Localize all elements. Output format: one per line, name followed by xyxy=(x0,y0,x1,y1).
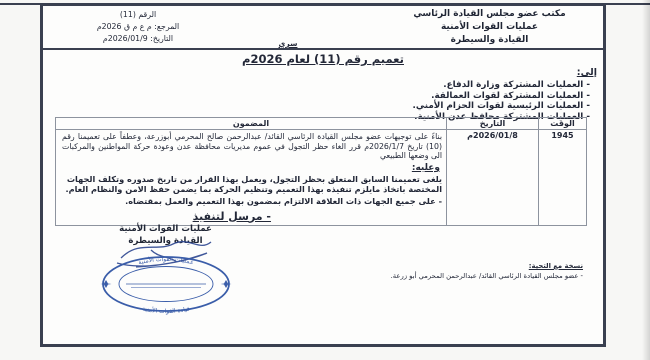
stamp-bottom-text: قيادة القوات الأمنية xyxy=(142,305,191,315)
content-paragraph-2: يلغى تعميمنا السابق المتعلق بحظر التجول،… xyxy=(62,174,442,195)
cc-item: - عضو مجلس القيادة الرئاسي القائد/ عبدال… xyxy=(391,272,583,282)
document-number: الرقم (11) xyxy=(53,9,223,21)
document-reference: المرجع: م ع م ق 2026م xyxy=(53,21,223,33)
content-paragraph-1: بناءً على توجيهات عضو مجلس القيادة الرئا… xyxy=(62,132,442,161)
circular-table: الوقت التاريخ المضمون 1945 2026/01/8م بن… xyxy=(55,117,587,226)
date-column-header: التاريخ xyxy=(447,118,539,130)
time-column-header: الوقت xyxy=(539,118,587,130)
recipient-item: - العمليات الرئيسية لقوات الحزام الأمني. xyxy=(413,101,590,112)
dispatch-note: - مرسل لتنفيذ xyxy=(62,210,271,223)
stamp-star-right-icon xyxy=(221,280,232,288)
content-paragraph-3: - على جميع الجهات ذات العلاقة الالتزام ب… xyxy=(62,196,442,207)
document-page: مكتب عضو مجلس القيادة الرئاسي عمليات الق… xyxy=(40,3,606,347)
letterhead-office-line-1: مكتب عضو مجلس القيادة الرئاسي xyxy=(382,8,597,21)
document-title: تعميم رقم (11) لعام 2026م xyxy=(43,52,603,66)
date-value: 2026/01/8م xyxy=(447,130,539,226)
letterhead-office-line-2: عمليات القوات الأمنية xyxy=(382,21,597,34)
scan-edge-shadow xyxy=(642,0,650,360)
cc-label: نسخة مع التحية: xyxy=(391,262,583,272)
recipient-item: - العمليات المشتركة لقوات العمالقة. xyxy=(413,91,590,102)
signature-title-line-1: عمليات القوات الأمنية xyxy=(83,224,248,236)
scanned-document: مكتب عضو مجلس القيادة الرئاسي عمليات الق… xyxy=(0,0,650,360)
content-cell: بناءً على توجيهات عضو مجلس القيادة الرئا… xyxy=(56,130,447,226)
table-header-row: الوقت التاريخ المضمون xyxy=(56,118,587,130)
cc-block: نسخة مع التحية: - عضو مجلس القيادة الرئا… xyxy=(391,262,583,281)
content-column-header: المضمون xyxy=(56,118,447,130)
recipient-item: - العمليات المشتركة وزارة الدفاع. xyxy=(413,80,590,91)
table-row: 1945 2026/01/8م بناءً على توجيهات عضو مج… xyxy=(56,130,587,226)
stamp-oval xyxy=(101,257,232,311)
stamp-star-left-icon xyxy=(101,280,112,288)
recipients-label: إلى: xyxy=(577,67,597,78)
official-stamp: عمليات القوات الأمنية قيادة القوات الأمن… xyxy=(81,236,251,341)
recipients-list: - العمليات المشتركة وزارة الدفاع. - العم… xyxy=(413,80,590,122)
directive-heading: وعليه: xyxy=(62,163,440,173)
signature-scribble xyxy=(117,242,211,267)
classification-label: سري xyxy=(43,39,533,48)
time-value: 1945 xyxy=(539,130,587,226)
header-divider xyxy=(43,48,603,50)
